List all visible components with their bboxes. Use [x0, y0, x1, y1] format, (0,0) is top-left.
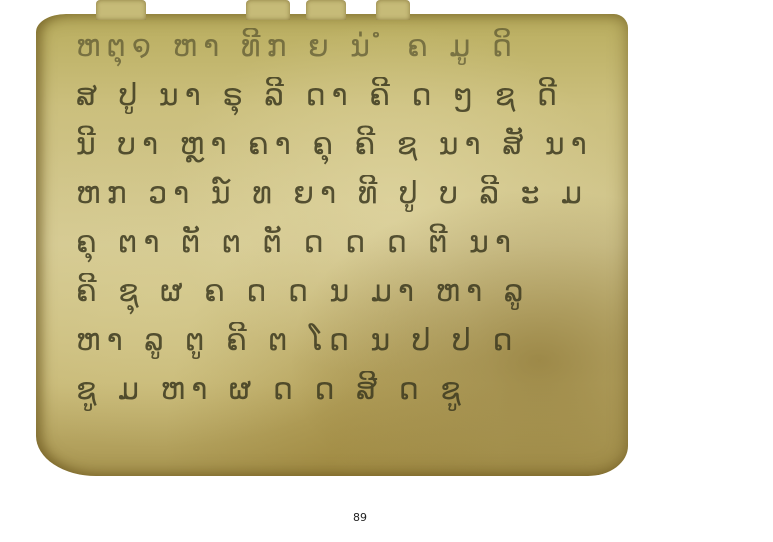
script-line: ຫາ ລູ ຕູ ຄີ ຕ ໂດ ນ ປ ປ ດ — [76, 316, 598, 365]
script-line: ສ ປູ ນາ ຣຸ ລີ ດາ ຄີ ດ ໆ ຊ ດີ — [76, 71, 598, 120]
manuscript-text: ຫຕຸ໑ ຫາ ທີກ ຍ ນ່ ໍ ຄ ມູ ດິ ສ ປູ ນາ ຣຸ ລີ… — [76, 22, 598, 414]
script-line: ຄຸ ຕາ ຕັ ຕ ຕັ ດ ດ ດ ຕີ ນາ — [76, 218, 598, 267]
leaf-torn-tab — [96, 0, 146, 20]
page-number: 89 — [0, 511, 720, 524]
script-line: ຊູ ມ ຫາ ຜ ດ ດ ສີ ດ ຊູ — [76, 365, 598, 414]
document-page: ຫຕຸ໑ ຫາ ທີກ ຍ ນ່ ໍ ຄ ມູ ດິ ສ ປູ ນາ ຣຸ ລີ… — [0, 0, 773, 542]
script-line: ນີ ບາ ຫຼາ ຄາ ຄຸ ຄີ ຊ ນາ ສັ ນາ — [76, 120, 598, 169]
script-line: ຫກ ວາ ນ໌ ທ ຍາ ທີ ປູ ບ ລີ ະ ມ ລາ — [76, 169, 598, 218]
leaf-torn-tab — [306, 0, 346, 20]
manuscript-leaf: ຫຕຸ໑ ຫາ ທີກ ຍ ນ່ ໍ ຄ ມູ ດິ ສ ປູ ນາ ຣຸ ລີ… — [36, 14, 628, 476]
leaf-torn-tab — [246, 0, 290, 20]
script-line: ຄີ ຊຸ ຜ ຄ ດ ດ ນ ມາ ຫາ ລູ — [76, 267, 598, 316]
script-line: ຫຕຸ໑ ຫາ ທີກ ຍ ນ່ ໍ ຄ ມູ ດິ — [76, 22, 598, 71]
leaf-torn-tab — [376, 0, 410, 20]
